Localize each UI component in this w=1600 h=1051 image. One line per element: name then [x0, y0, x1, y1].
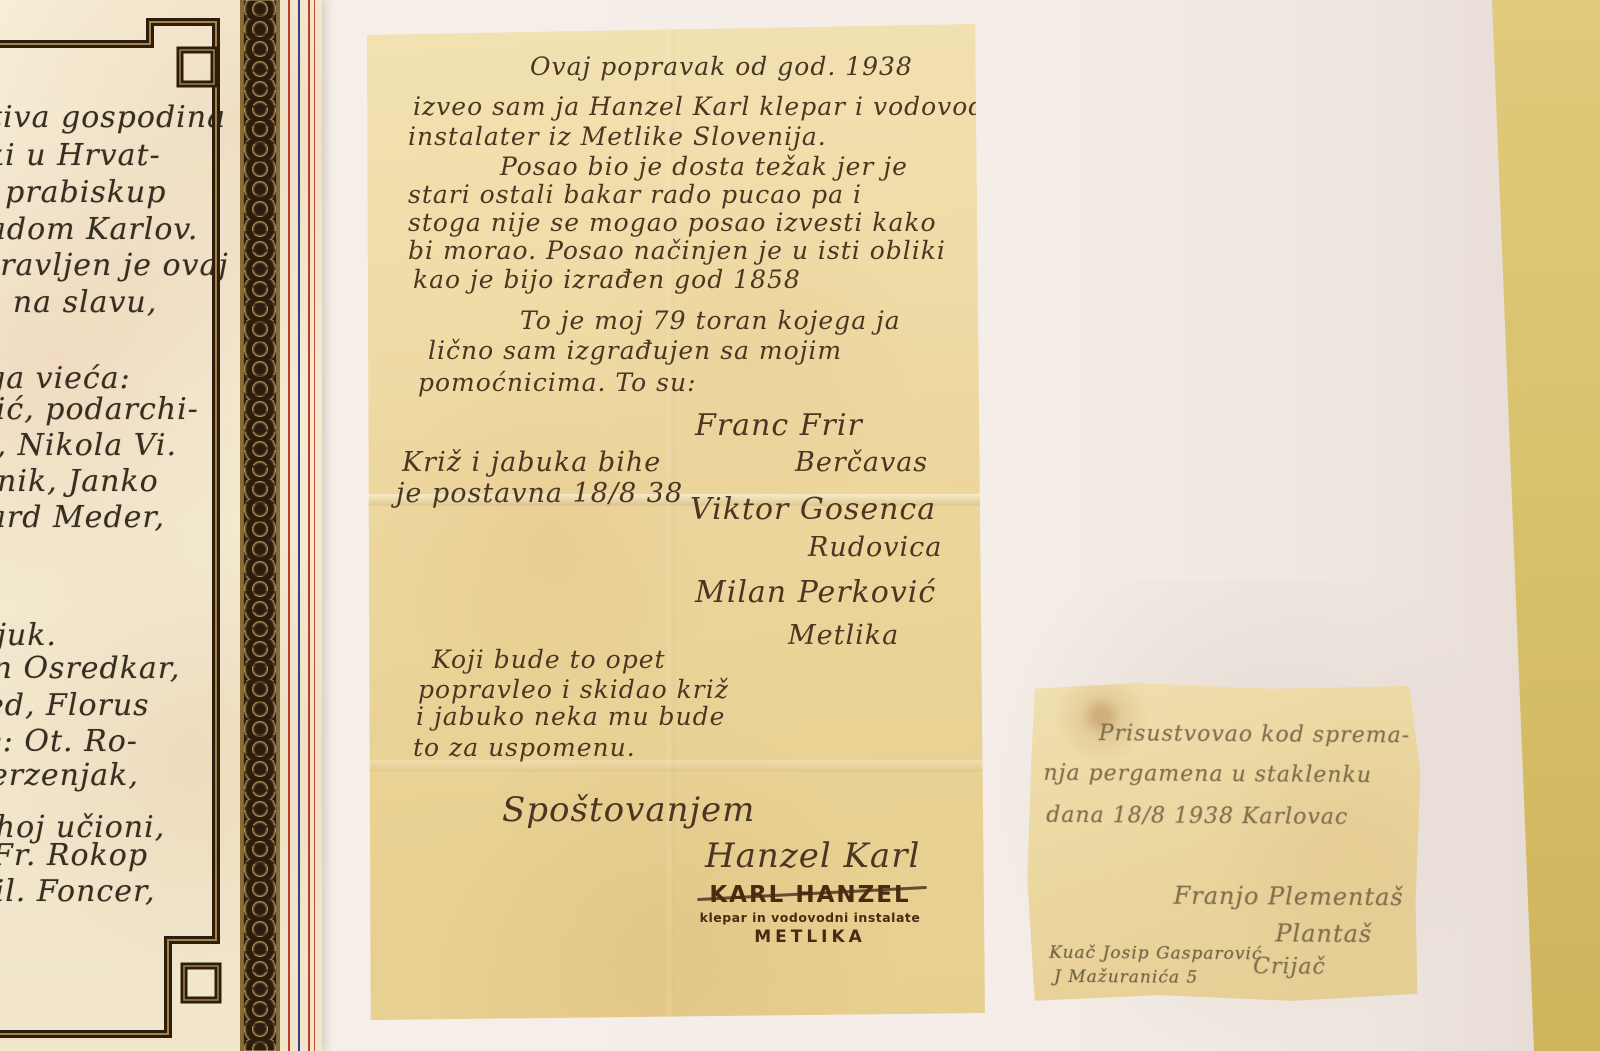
stamp-subtitle: klepar in vodovodni instalate	[670, 910, 950, 925]
repair-letter: Ovaj popravak od god. 1938 izveo sam ja …	[367, 24, 985, 1020]
note-signature-3: Crijač	[1253, 954, 1326, 980]
note-signature-1: Franjo Plementaš	[1174, 882, 1404, 912]
closing-line: Koji bude to opet	[432, 645, 666, 674]
note-line: Prisustvovao kod sprema-	[1099, 721, 1411, 748]
letter-line: pomoćnicima. To su:	[418, 368, 697, 397]
closing-line: to za uspomenu.	[413, 733, 636, 762]
letter-line: izveo sam ja Hanzel Karl klepar i vodovo…	[413, 92, 1011, 121]
certificate-fragment: tiva gospodina ki u Hrvat- i prabiskup a…	[0, 0, 322, 1051]
valediction: Spoštovanjem	[502, 790, 755, 830]
note-line: dana 18/8 1938 Karlovac	[1046, 803, 1348, 830]
closing-line: popravleo i skidao križ	[418, 675, 729, 704]
note-signature-2: Plantaš	[1275, 919, 1372, 948]
pinstripe-red	[314, 0, 315, 1051]
note-line: nja pergamena u staklenku	[1043, 761, 1372, 788]
letter-line: stari ostali bakar rado pucao pa i	[408, 180, 862, 209]
ornate-chain-band	[240, 0, 280, 1051]
witness-note: Prisustvovao kod sprema- nja pergamena u…	[1025, 681, 1421, 1004]
stamp-name: KARL HANZEL	[670, 882, 950, 908]
pinstripe-blue	[298, 0, 300, 1051]
museum-wall-photo: tiva gospodina ki u Hrvat- i prabiskup a…	[0, 0, 1600, 1051]
signature-karl-hanzel: Hanzel Karl	[705, 836, 920, 876]
letter-line: Ovaj popravak od god. 1938	[530, 52, 913, 81]
witness-place: Rudovica	[808, 532, 942, 563]
letter-line: Posao bio je dosta težak jer je	[500, 152, 908, 181]
side-note-line: je postavna 18/8 38	[396, 478, 683, 509]
note-address-line: J Mažuranića 5	[1054, 967, 1198, 988]
pinstripe-red	[308, 0, 310, 1051]
witness-name: Franc Frir	[695, 408, 863, 443]
witness-place: Metlika	[788, 620, 899, 651]
witness-name: Milan Perković	[695, 575, 936, 610]
side-note-line: Križ i jabuka bihe	[402, 447, 661, 478]
stamp-place: METLIKA	[670, 927, 950, 947]
letter-line: stoga nije se mogao posao izvesti kako	[408, 208, 937, 237]
note-address-line: Kuač Josip Gasparović	[1049, 943, 1262, 964]
letter-line: kao je bijo izrađen god 1858	[413, 265, 801, 294]
letter-line: bi morao. Posao načinjen je u isti oblik…	[408, 236, 946, 265]
pinstripe-red	[288, 0, 290, 1051]
witness-name: Viktor Gosenca	[690, 492, 936, 527]
closing-line: i jabuko neka mu bude	[416, 702, 725, 731]
witness-place: Berčavas	[795, 447, 928, 478]
letter-line: instalater iz Metlike Slovenija.	[408, 122, 827, 151]
letter-line: lično sam izgrađujen sa mojim	[428, 336, 842, 365]
letter-line: To je moj 79 toran kojega ja	[520, 306, 901, 335]
